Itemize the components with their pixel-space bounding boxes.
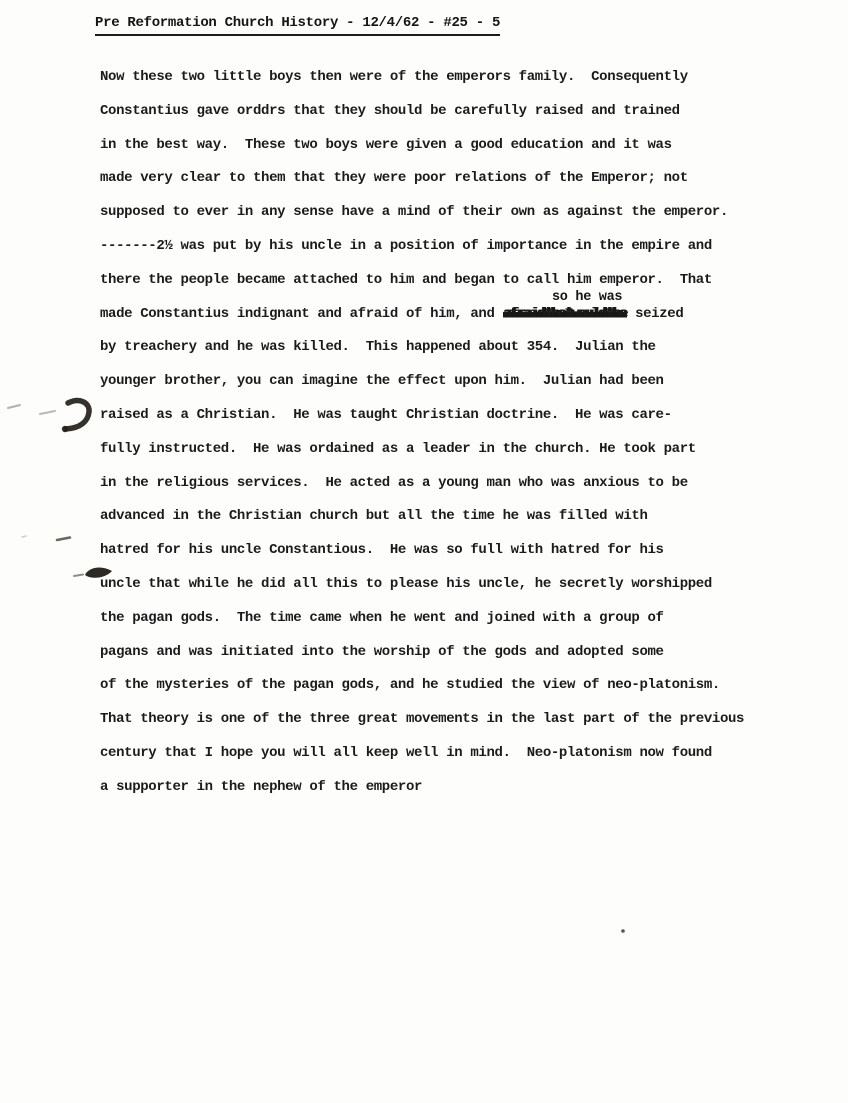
typed-line: younger brother, you can imagine the eff…	[100, 365, 800, 399]
scanned-document-page: Pre Reformation Church History - 12/4/62…	[0, 0, 848, 1103]
typed-line: -------2½ was put by his uncle in a posi…	[100, 230, 800, 264]
typed-line: advanced in the Christian church but all…	[100, 500, 800, 534]
document-header: Pre Reformation Church History - 12/4/62…	[95, 15, 500, 36]
typed-line: by treachery and he was killed. This hap…	[100, 331, 800, 365]
typed-line: That theory is one of the three great mo…	[100, 703, 800, 737]
typed-line-with-correction: made Constantius indignant and afraid of…	[100, 298, 800, 332]
typed-line: a supporter in the nephew of the emperor	[100, 771, 800, 805]
typed-line: supposed to ever in any sense have a min…	[100, 196, 800, 230]
typed-line: Now these two little boys then were of t…	[100, 61, 800, 95]
typed-line: in the religious services. He acted as a…	[100, 467, 800, 501]
typed-line: hatred for his uncle Constantious. He wa…	[100, 534, 800, 568]
typed-line: pagans and was initiated into the worshi…	[100, 636, 800, 670]
typed-line: fully instructed. He was ordained as a l…	[100, 433, 800, 467]
line-suffix-text: seized	[627, 306, 683, 322]
pencil-dashes-and-hook-mark	[8, 401, 89, 433]
typed-line: century that I hope you will all keep we…	[100, 737, 800, 771]
typed-line: made very clear to them that they were p…	[100, 162, 800, 196]
pencil-dash-mark	[22, 536, 70, 540]
typed-line: the pagan gods. The time came when he we…	[100, 602, 800, 636]
typed-line: there the people became attached to him …	[100, 264, 800, 298]
typed-line: raised as a Christian. He was taught Chr…	[100, 399, 800, 433]
typed-line: Constantius gave orddrs that they should…	[100, 95, 800, 129]
typed-line: uncle that while he did all this to plea…	[100, 568, 800, 602]
typed-line: in the best way. These two boys were giv…	[100, 129, 800, 163]
document-body: Now these two little boys then were of t…	[100, 61, 800, 805]
line-prefix-text: made Constantius indignant and afraid of…	[100, 306, 503, 322]
stray-dot	[621, 929, 625, 933]
typed-line: of the mysteries of the pagan gods, and …	[100, 669, 800, 703]
interline-correction-text: so he was	[552, 291, 622, 305]
struck-out-text: afraid*he*would*be	[503, 306, 627, 322]
